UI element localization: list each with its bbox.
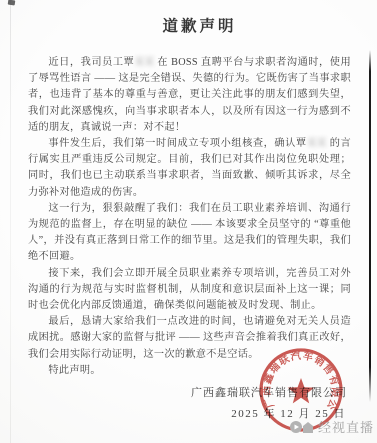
- paper-fold-line: [10, 0, 11, 443]
- document-body: 近日，我司员工覃某某 在 BOSS 直聘平台与求职者沟通时，使用了辱骂性语言 —…: [28, 55, 351, 379]
- paragraph-incident-text: 近日，我司员工覃: [48, 57, 134, 68]
- paper-edge-shadow: [369, 50, 371, 402]
- paragraph-action-text: 事件发生后，我们第一时间成立专项小组核查，确认覃: [48, 138, 306, 149]
- paragraph-incident: 近日，我司员工覃某某 在 BOSS 直聘平台与求职者沟通时，使用了辱骂性语言 —…: [28, 55, 351, 136]
- watermark: 经视直播: [290, 417, 374, 436]
- watermark-text: 经视直播: [318, 417, 374, 436]
- document-title: 道歉声明: [0, 14, 377, 36]
- jingshi-live-logo-icon: [290, 420, 314, 434]
- corner-smudge: [8, 0, 16, 5]
- paragraph-action: 事件发生后，我们第一时间成立专项小组核查，确认覃某某 的言行属实且严重违反公司规…: [28, 136, 351, 201]
- company-signature: 广西鑫瑞联汽车销售有限公司: [191, 384, 347, 400]
- paragraph-measures: 接下来，我们会立即开展全员职业素养专项培训，完善员工对外沟通的行为规范与实时监督…: [28, 266, 351, 315]
- redacted-employee-name: 某某: [307, 138, 327, 149]
- paragraph-reflection: 这一行为，狠狠敲醒了我们：我们在员工职业素养培训、沟通行为规范的监督上，存在明显…: [28, 201, 351, 266]
- redacted-employee-name: 某某: [134, 57, 154, 68]
- apology-letter-page: 道歉声明 近日，我司员工覃某某 在 BOSS 直聘平台与求职者沟通时，使用了辱骂…: [0, 0, 377, 443]
- paragraph-incident-text-cont: 在 BOSS 直聘平台与求职者沟通时，使用了辱骂性语言 —— 这是完全错误、失德…: [28, 57, 351, 133]
- closing-line: 特此声明。: [28, 363, 351, 379]
- paragraph-appeal: 最后，恳请大家给我们一点改进的时间，也请避免对无关人员造成困扰。感谢大家的监督与…: [28, 314, 351, 363]
